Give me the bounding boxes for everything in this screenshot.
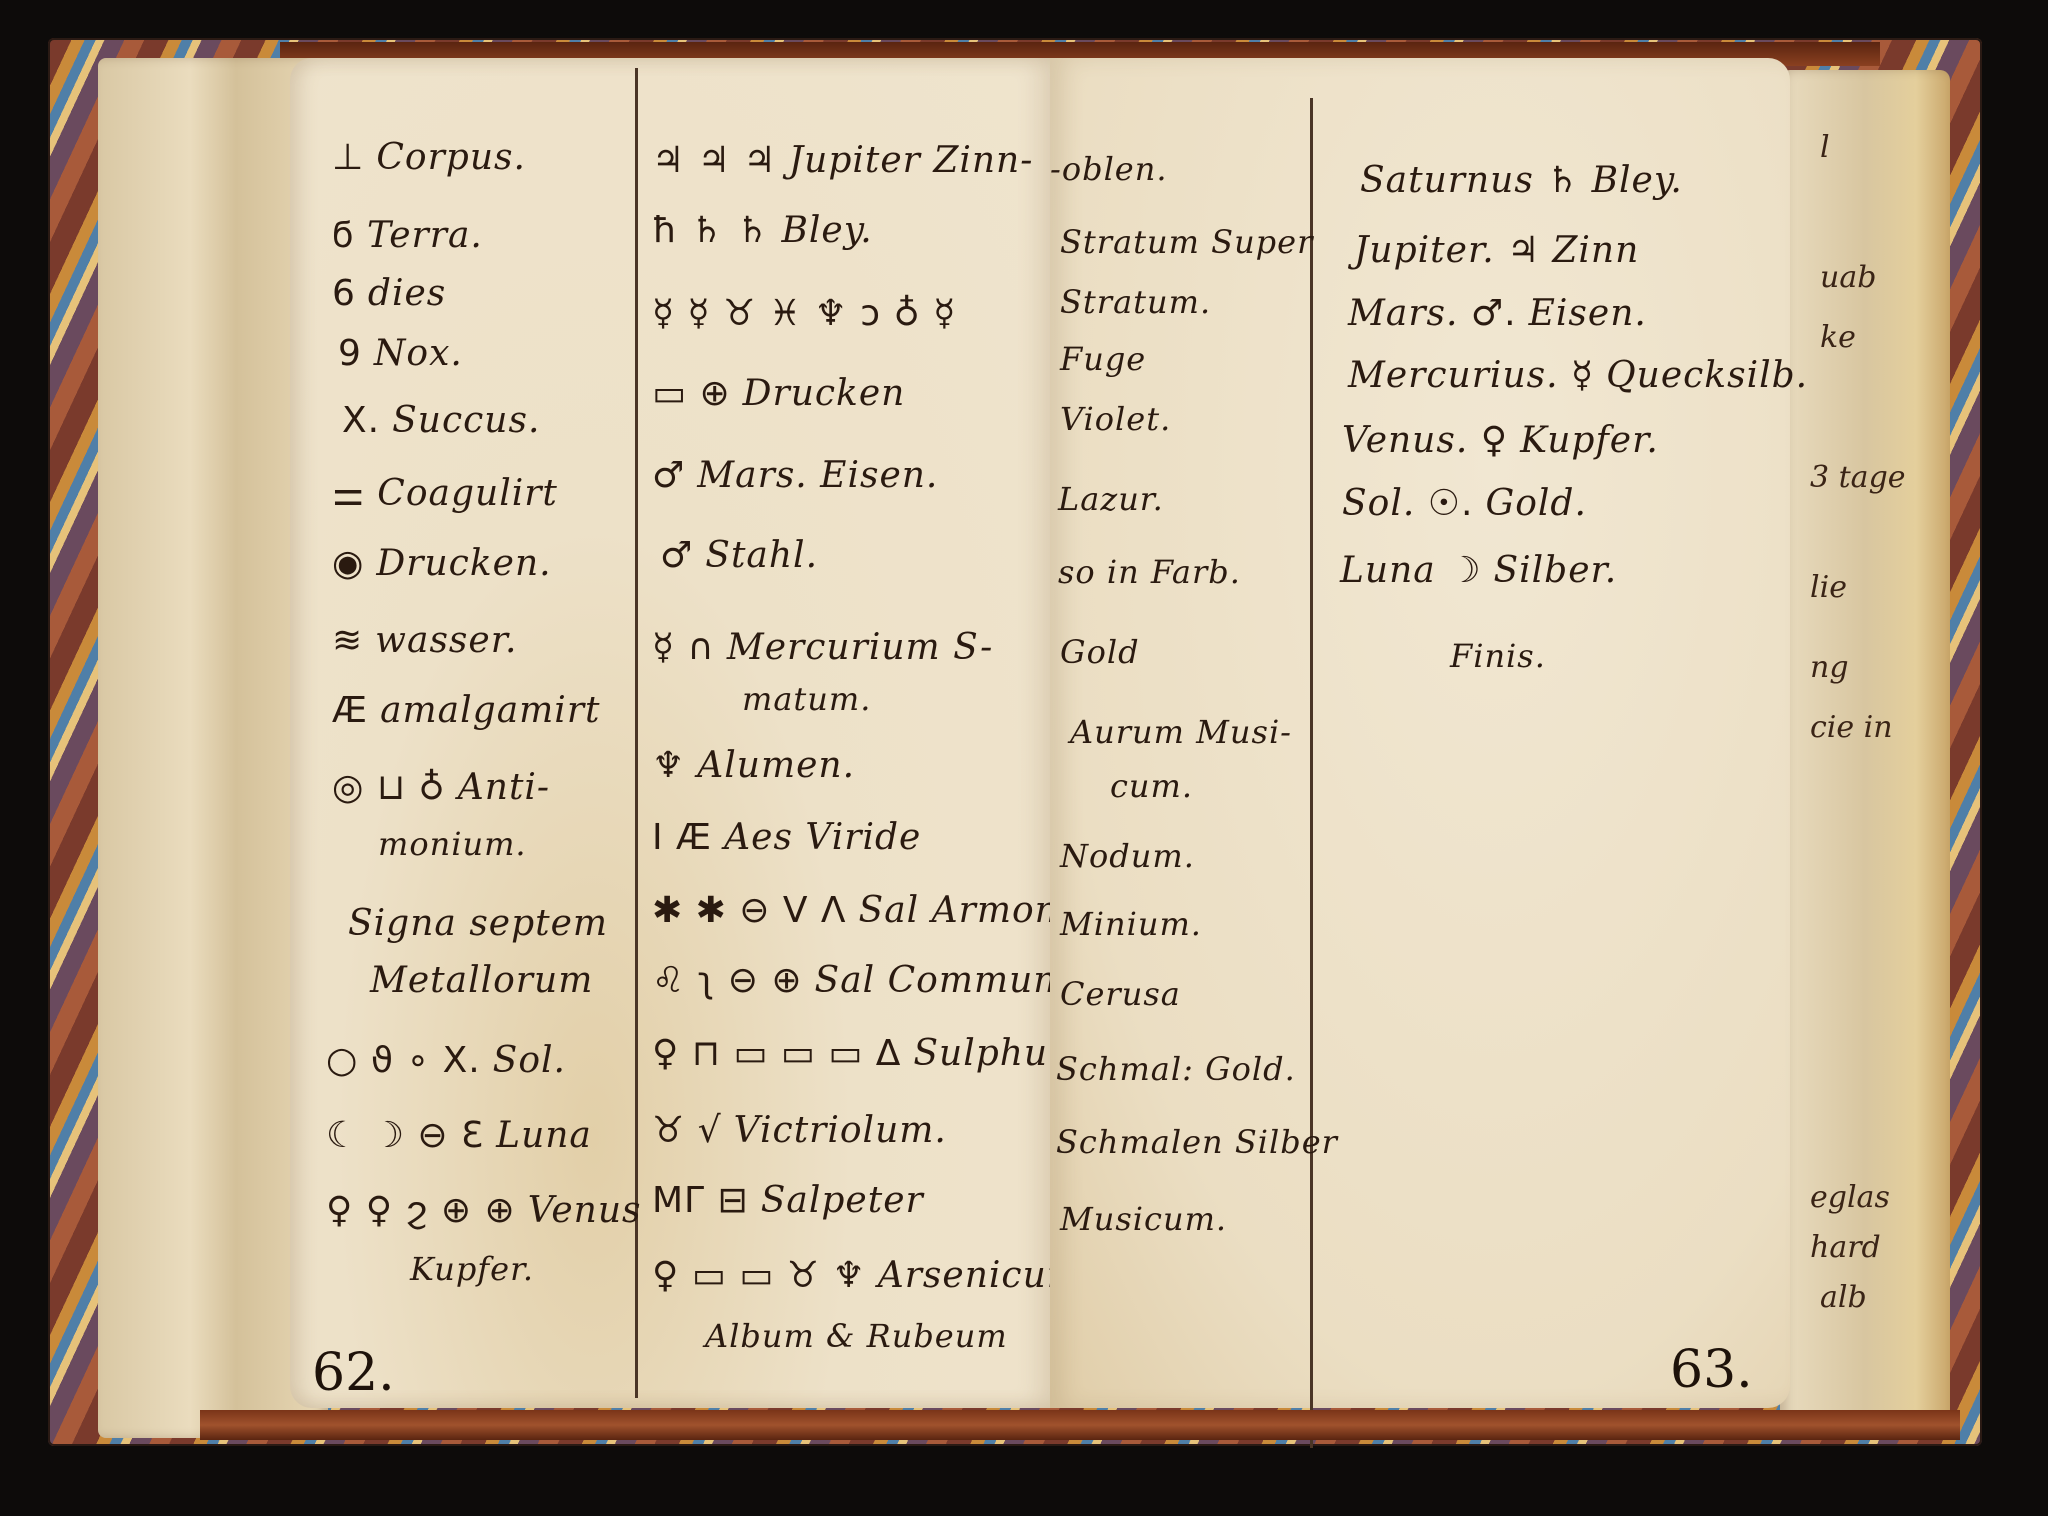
entry: matum. — [742, 683, 871, 715]
entry: Stratum Super — [1060, 226, 1313, 258]
planet-entry: Mercurius. ☿Quecksilb. — [1348, 358, 1808, 394]
entry: Musicum. — [1060, 1203, 1227, 1235]
sulphur-symbol-icon: ♀ ⊓ ▭ ▭ ▭ Δ — [652, 1033, 901, 1074]
edge-fragment: ke — [1820, 320, 1856, 355]
sun-symbol-icon: ☉. — [1428, 483, 1474, 524]
symbol-icon: ◉ — [332, 543, 364, 584]
edge-fragment: uab — [1820, 260, 1876, 295]
planet-entry: Luna ☽Silber. — [1340, 553, 1617, 589]
saltpeter-symbol-icon: ΜΓ ⊟ — [652, 1180, 749, 1221]
symbol-icon: ≋ — [332, 620, 363, 661]
moon-symbol-icon: ☽ — [1448, 550, 1481, 591]
entry: ○ ϑ ∘ X.Sol. — [326, 1043, 566, 1079]
entry: monium. — [378, 828, 527, 860]
entry: 6dies — [332, 276, 446, 312]
page-number: 62. — [312, 1343, 395, 1403]
leather-spine-edge — [200, 1410, 1960, 1440]
entry: ♃ ♃ ♃Jupiter Zinn- — [652, 143, 1033, 179]
sal-ammoniac-symbol-icon: ✱ ✱ ⊖ V Λ — [652, 890, 847, 931]
entry: X.Succus. — [342, 403, 540, 439]
edge-fragment: eglas — [1810, 1180, 1890, 1215]
left-page: ⊥Corpus. ϭTerra. 6dies 9Nox. X.Succus. ⚌… — [290, 58, 1050, 1408]
entry: ⚌Coagulirt — [332, 476, 558, 512]
entry: 9Nox. — [338, 336, 463, 372]
entry: Schmalen Silber — [1056, 1126, 1338, 1158]
entry: ♌ ʅ ⊖ ⊕Sal Commune — [652, 963, 1080, 999]
mars-symbol-icon: ♂. — [1471, 293, 1517, 334]
page-number: 63. — [1670, 1340, 1753, 1400]
entry: ☿ ∩Mercurium S- — [652, 630, 993, 666]
edge-fragment: l — [1820, 130, 1830, 165]
entry: I ÆAes Viride — [652, 820, 921, 856]
mercury-symbol-icon: ☿ ∩ — [652, 627, 715, 668]
jupiter-symbol-icon: ♃ ♃ ♃ — [652, 140, 777, 181]
planet-entry: Venus. ♀Kupfer. — [1342, 423, 1659, 459]
entry: ♉ √Victriolum. — [652, 1113, 947, 1149]
edge-fragment: ng — [1810, 650, 1849, 685]
mercury-symbol-icon: ☿ — [1571, 355, 1594, 396]
symbol-icon: X. — [342, 400, 380, 441]
entry: ♂Mars. Eisen. — [652, 458, 938, 494]
jupiter-symbol-icon: ♃ — [1507, 230, 1540, 271]
symbol-icon: ⚌ — [332, 473, 365, 514]
entry: Lazur. — [1058, 483, 1164, 515]
entry: Minium. — [1060, 908, 1202, 940]
right-page-stack: l uab ke 3 tage lie ng cie in eglas hard… — [1780, 70, 1950, 1440]
vitriol-symbol-icon: ♉ √ — [652, 1110, 722, 1151]
edge-fragment: 3 tage — [1810, 460, 1906, 495]
entry: ϭTerra. — [332, 218, 483, 254]
salt-symbol-icon: ♌ ʅ ⊖ ⊕ — [652, 960, 803, 1001]
entry: ▭ ⊕Drucken — [652, 376, 905, 412]
entry: ħ ♄ ♄Bley. — [652, 213, 873, 249]
symbol-icon: ▭ ⊕ — [652, 373, 731, 414]
venus-symbol-icon: ♀ ♀ ϩ ⊕ ⊕ — [326, 1190, 516, 1231]
planet-entry: Saturnus ♄Bley. — [1360, 163, 1683, 199]
entry: Cerusa — [1060, 978, 1181, 1010]
edge-fragment: cie in — [1810, 710, 1893, 745]
entry: cum. — [1110, 770, 1193, 802]
entry: -oblen. — [1050, 153, 1168, 185]
edge-fragment: alb — [1820, 1280, 1867, 1315]
entry: Stratum. — [1060, 286, 1211, 318]
symbol-icon: ⊥ — [332, 137, 364, 178]
entry: ♆Alumen. — [652, 748, 855, 784]
venus-symbol-icon: ♀ — [1481, 420, 1508, 461]
entry: Violet. — [1060, 403, 1171, 435]
entry: Album & Rubeum — [705, 1320, 1008, 1352]
sun-symbol-icon: ○ ϑ ∘ X. — [326, 1040, 481, 1081]
planet-entry: Mars. ♂.Eisen. — [1348, 296, 1647, 332]
symbol-row: ☿ ☿ ♉ ♓ ♆ ↄ ♁ ☿ — [652, 296, 968, 332]
symbol-icon: ◎ ⊔ ♁ — [332, 767, 446, 808]
entry: Æamalgamirt — [332, 693, 601, 729]
steel-symbol-icon: ♂ — [660, 535, 693, 576]
mercury-symbol-icon: ☿ ☿ ♉ ♓ ♆ ↄ ♁ ☿ — [652, 293, 956, 334]
right-page: -oblen. Stratum Super Stratum. Fuge Viol… — [1050, 58, 1790, 1408]
symbol-icon: 6 — [332, 273, 356, 314]
mars-symbol-icon: ♂ — [652, 455, 685, 496]
edge-fragment: hard — [1810, 1230, 1881, 1265]
entry: Fuge — [1060, 343, 1146, 375]
entry: ◉Drucken. — [332, 546, 552, 582]
entry: ◎ ⊔ ♁Anti- — [332, 770, 550, 806]
planet-entry: Sol. ☉.Gold. — [1342, 486, 1587, 522]
entry: Nodum. — [1060, 840, 1195, 872]
entry: ⊥Corpus. — [332, 140, 526, 176]
symbol-icon: Æ — [332, 690, 368, 731]
entry: Kupfer. — [410, 1253, 534, 1285]
symbol-icon: ϭ — [332, 215, 355, 256]
entry: Schmal: Gold. — [1056, 1053, 1296, 1085]
planet-entry: Jupiter. ♃Zinn — [1354, 233, 1639, 269]
column-rule — [1310, 98, 1313, 1448]
symbol-icon: 9 — [338, 333, 362, 374]
entry: ΜΓ ⊟Salpeter — [652, 1183, 924, 1219]
alum-symbol-icon: ♆ — [652, 745, 685, 786]
saturn-symbol-icon: ♄ — [1546, 160, 1579, 201]
entry: Gold — [1060, 636, 1140, 668]
section-heading: Metallorum — [370, 963, 593, 999]
entry: ☾ ☽ ⊖ ℇLuna — [326, 1118, 592, 1154]
entry: ♀ ⊓ ▭ ▭ ▭ ΔSulphur — [652, 1036, 1066, 1072]
entry: ♀ ▭ ▭ ♉ ♆Arsenicum — [652, 1258, 1082, 1294]
entry: ♀ ♀ ϩ ⊕ ⊕Venus — [326, 1193, 642, 1229]
entry: so in Farb. — [1058, 556, 1241, 588]
moon-symbol-icon: ☾ ☽ ⊖ ℇ — [326, 1115, 484, 1156]
entry: ♂Stahl. — [660, 538, 818, 574]
edge-fragment: lie — [1810, 570, 1847, 605]
closing-word: Finis. — [1450, 640, 1546, 672]
arsenic-symbol-icon: ♀ ▭ ▭ ♉ ♆ — [652, 1255, 866, 1296]
section-heading: Signa septem — [348, 906, 608, 942]
entry: Aurum Musi- — [1070, 716, 1292, 748]
saturn-symbol-icon: ħ ♄ ♄ — [652, 210, 769, 251]
symbol-icon: I Æ — [652, 817, 712, 858]
entry: ≋wasser. — [332, 623, 517, 659]
